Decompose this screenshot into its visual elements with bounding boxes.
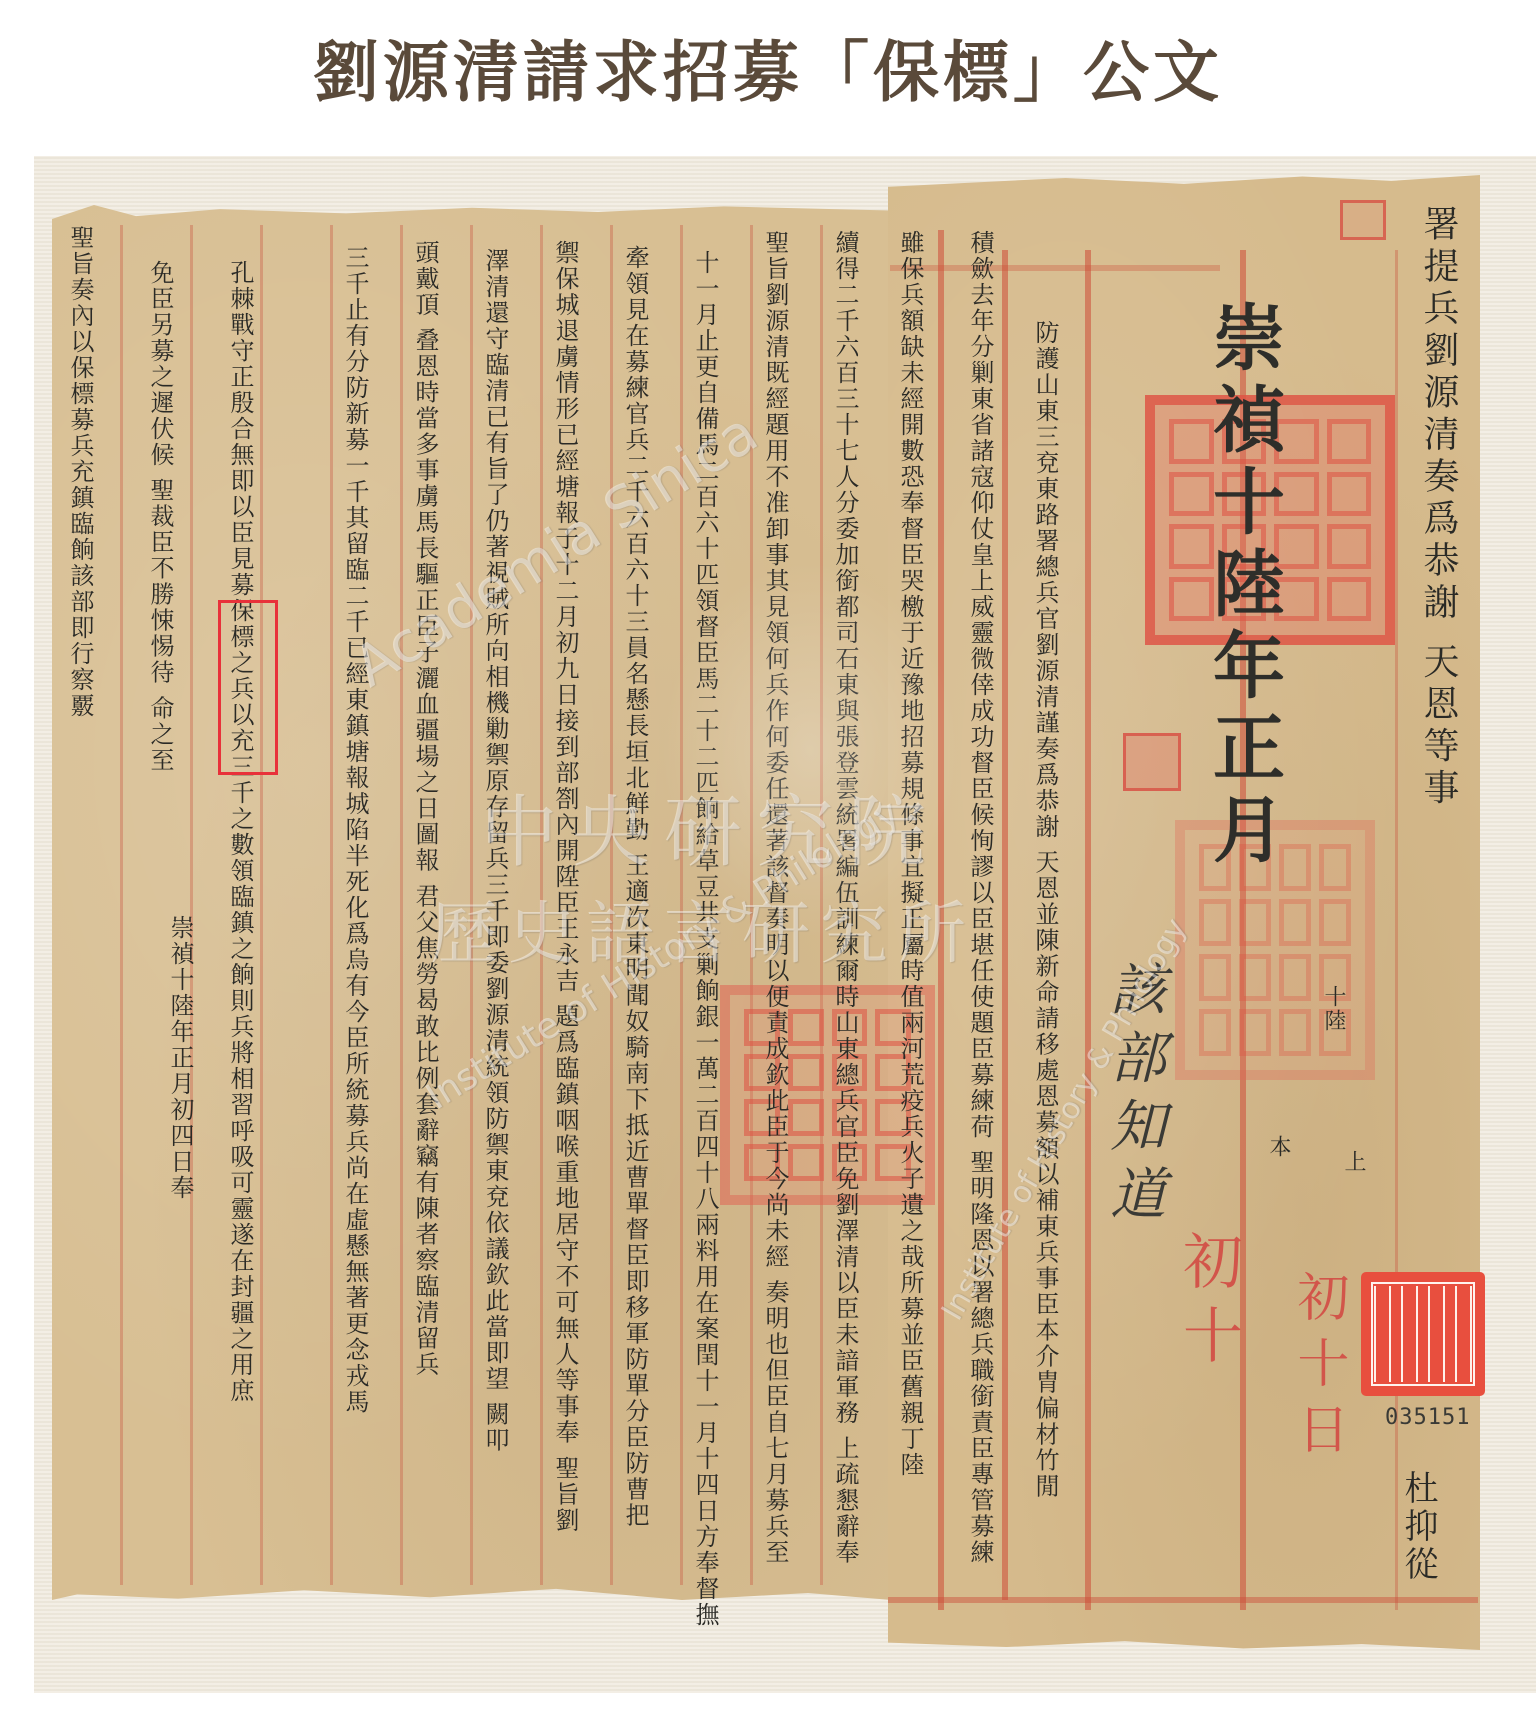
small-seal [1123,733,1181,791]
text-column: 禦保城退虜情形已經塘報于十二月初九日接到部劄內開陞臣王永吉 題爲臨鎮咽喉重地居守… [550,240,580,1533]
text-column: 三千止有分防新募一千其留臨二千已經東鎮塘報城陷半死化爲烏有今臣所統募兵尚在虛懸無… [340,245,370,1415]
annotation-shang: 上 [1335,1150,1371,1174]
small-seal [1340,200,1386,240]
highlight-box-baobiao [218,600,278,775]
ruled-line [330,225,333,1585]
text-column: 防護山東三兗東路署總兵官劉源清謹奏爲恭謝 天恩並陳新命請移處恩募額以補東兵事臣本… [1030,320,1060,1500]
large-date-heading: 崇禎十陸年正月 [1225,300,1261,874]
text-column: 十一月止更自備馬二百六十匹領督臣馬二十二匹餉給草豆共支剿餉銀一萬二百四十八兩料用… [690,250,720,1628]
ruled-line [1002,250,1008,1600]
ruled-line [610,225,613,1585]
ruled-line [1085,250,1091,1610]
cursive-endorsement: 該部知道 [1115,960,1151,1232]
ruled-line [400,225,403,1585]
archive-seal [1361,1272,1485,1396]
watermark-emblem [660,560,960,940]
catalog-number: 035151 [1385,1405,1470,1430]
page-title: 劉源清請求招募「保標」公文 [0,22,1536,122]
text-column: 牽領見在募練官兵二千六百六十三員名懸長垣北鮮勤 王適次東明聞奴騎南下抵近曹單督臣… [620,245,650,1529]
ruled-line [190,225,193,1585]
annotation-ben: 本 [1260,1135,1296,1159]
signature: 杜抑從 [1400,1470,1436,1584]
text-column: 積歛去年分剿東省諸寇仰仗皇上威靈微倖成功督臣候恂謬以臣堪任使題臣募練荷 聖明隆恩… [965,230,995,1566]
ruled-line [938,230,944,1610]
ruled-line [540,225,543,1585]
ruled-line [260,225,263,1585]
text-column: 孔棘戰守正殷合無即以臣見募保標之兵以充三千之數領臨鎮之餉則兵將相習呼吸可靈遂在封… [225,260,255,1404]
text-column: 免臣另募之遲伏候 聖裁臣不勝悚惕待 命之至 [145,260,175,773]
date-annotation: 十陸 [1315,985,1351,1033]
header-column: 署提兵劉源清奏爲恭謝 天恩等事 [1420,205,1456,810]
text-column: 聖旨奏內以保標募兵充鎮臨餉該部即行察覈 [65,225,95,719]
ruled-line [470,225,473,1585]
ruled-line [680,225,683,1585]
red-endorsement: 初十 [1190,1230,1226,1378]
ruled-line-horizontal [890,265,1220,271]
text-column: 頭戴頂 叠恩時當多事虜馬長驅正臣子灑血疆場之日圖報 君父焦勞曷敢比例套辭竊有陳者… [410,240,440,1377]
red-endorsement: 初十日 [1300,1270,1336,1468]
ruled-line-horizontal [888,1597,1478,1603]
ruled-line [120,225,123,1585]
text-column: 澤清還守臨清已有旨了仍著視賊所向相機勦禦原存留兵三千即委劉源清統領防禦東兗依議欽… [480,248,510,1454]
date-column: 崇禎十陸年正月初四日奉 [165,915,195,1201]
